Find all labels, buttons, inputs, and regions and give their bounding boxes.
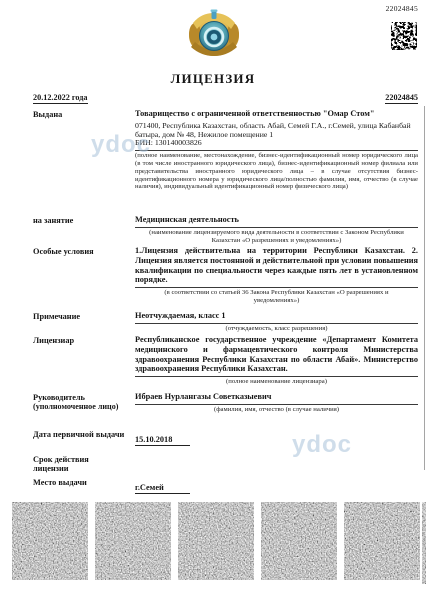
field-note: (наименование лицензируемого вида деятел… <box>135 229 418 245</box>
qr-code-icon <box>390 21 418 51</box>
kazakhstan-emblem-icon <box>187 9 241 59</box>
field-special-conditions: Особые условия 1.Лицензия действительна … <box>33 246 418 305</box>
head-label-line2: (уполномоченное лицо) <box>33 402 135 412</box>
licensee-name: Товарищество с ограниченной ответственно… <box>135 109 418 119</box>
first-issue-date-value: 15.10.2018 <box>135 435 190 446</box>
field-issue-place: Место выдачи г.Семей <box>33 477 418 495</box>
field-first-issue-date: Дата первичной выдачи 15.10.2018 <box>33 429 418 447</box>
field-licensor: Лицензиар Республиканское государственно… <box>33 335 418 386</box>
field-validity: Срок действия лицензии <box>33 454 418 474</box>
field-note: (фамилия, имя, отчество (в случае наличи… <box>135 406 418 414</box>
special-conditions-value: 1.Лицензия действительна на территории Р… <box>135 246 418 288</box>
license-number: 22024845 <box>385 93 418 104</box>
licensee-address: 071400, Республика Казахстан, область Аб… <box>135 122 418 140</box>
validity-label-line2: лицензии <box>33 464 135 474</box>
field-label: Лицензиар <box>33 335 135 386</box>
validity-label-line1: Срок действия <box>33 455 135 465</box>
field-note: (полное наименование, местонахождение, б… <box>135 152 418 191</box>
licensor-value: Республиканское государственное учрежден… <box>135 335 418 377</box>
field-remark: Примечание Неотчуждаемая, класс 1 (отчуж… <box>33 311 418 333</box>
field-note: (полное наименование лицензиара) <box>135 378 418 386</box>
field-rule <box>135 150 418 151</box>
field-head: Руководитель (уполномоченное лицо) Ибрае… <box>33 392 418 414</box>
barcode-strip <box>0 502 426 586</box>
field-note: (отчуждаемость, класс разрешения) <box>135 325 418 333</box>
license-document: 22024845 ЛИЦЕНЗИЯ 20.12.2022 года 220248… <box>0 0 426 600</box>
issue-place-value: г.Семей <box>135 483 190 494</box>
field-label: Примечание <box>33 311 135 333</box>
head-label-line1: Руководитель <box>33 393 135 403</box>
field-note: (в соответствии со статьей 36 Закона Рес… <box>135 289 418 305</box>
field-label: Место выдачи <box>33 477 135 495</box>
activity-value: Медицинская деятельность <box>135 215 418 228</box>
field-label: Особые условия <box>33 246 135 305</box>
issue-date: 20.12.2022 года <box>33 93 88 104</box>
licensee-bin: БИН: 130140003826 <box>135 139 418 148</box>
field-label: Дата первичной выдачи <box>33 429 135 447</box>
document-title: ЛИЦЕНЗИЯ <box>0 71 426 87</box>
field-label: на занятие <box>33 215 135 244</box>
head-name: Ибраев Нурлангазы Советказыевич <box>135 392 418 405</box>
field-label: Срок действия лицензии <box>33 454 135 474</box>
field-issued-to: Выдана Товарищество с ограниченной ответ… <box>33 109 418 191</box>
remark-value: Неотчуждаемая, класс 1 <box>135 311 418 324</box>
field-label: Выдана <box>33 109 135 191</box>
document-number-top: 22024845 <box>386 4 418 13</box>
field-activity: на занятие Медицинская деятельность (наи… <box>33 215 418 244</box>
scan-edge-line <box>424 106 426 470</box>
field-label: Руководитель (уполномоченное лицо) <box>33 392 135 414</box>
